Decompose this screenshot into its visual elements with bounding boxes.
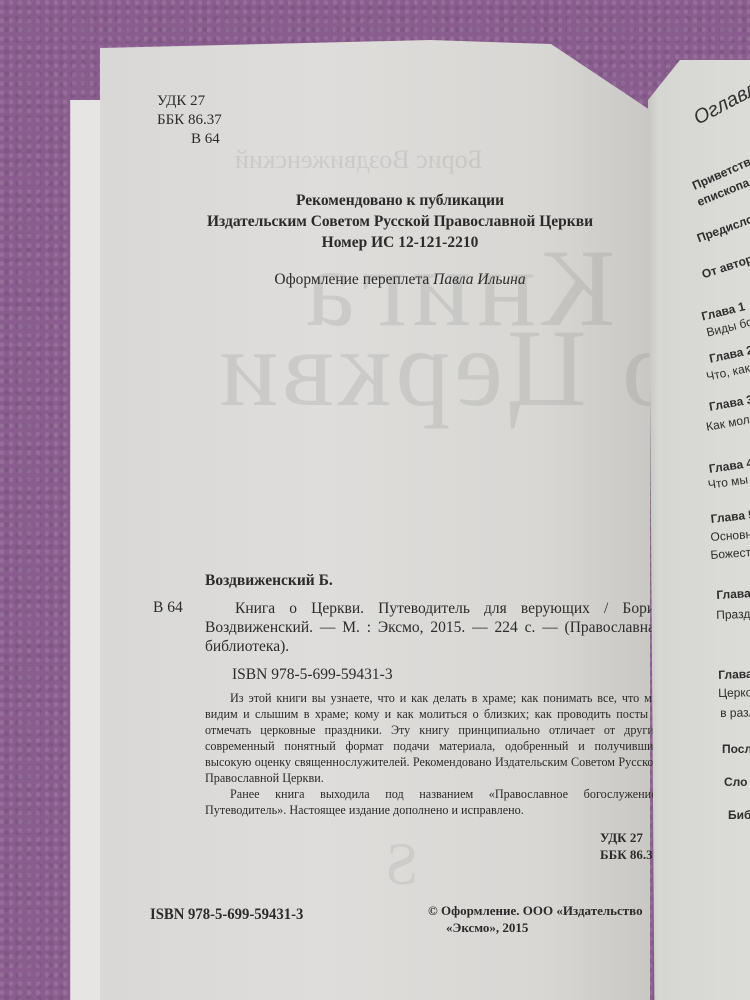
show-through-publisher-logo-icon: S bbox=[385, 830, 418, 899]
toc-item: Праздн bbox=[716, 607, 750, 622]
approval-line-3: Номер ИС 12-121-2210 bbox=[180, 232, 620, 253]
approval-block: Рекомендовано к публикации Издательским … bbox=[180, 190, 620, 253]
isbn-bottom: ISBN 978-5-699-59431-3 bbox=[150, 906, 303, 924]
toc-item: в разл bbox=[720, 705, 750, 720]
toc-item: Посл bbox=[722, 742, 750, 756]
copyright: © Оформление. ООО «Издательство «Эксмо»,… bbox=[428, 902, 643, 936]
design-credit-name: Павла Ильина bbox=[433, 271, 525, 288]
udk-code: УДК 27 bbox=[157, 92, 222, 111]
toc-item: Сло bbox=[724, 775, 747, 789]
left-page bbox=[100, 40, 650, 1000]
toc-item: Основны bbox=[710, 526, 750, 543]
toc-item: Церко bbox=[718, 685, 750, 700]
catalog-entry-code: В 64 bbox=[153, 599, 183, 617]
show-through-title-line2: о Церкви bbox=[215, 305, 677, 432]
copyright-line-2: «Эксмо», 2015 bbox=[428, 919, 643, 936]
toc-item: Глава bbox=[718, 667, 750, 682]
annotation-paragraph-2: Ранее книга выходила под названием «Прав… bbox=[205, 786, 660, 818]
approval-line-1: Рекомендовано к публикации bbox=[180, 190, 620, 211]
catalog-author: Воздвиженский Б. bbox=[205, 572, 333, 590]
catalog-code: В 64 bbox=[157, 130, 222, 149]
annotation: Из этой книги вы узнаете, что и как дела… bbox=[205, 690, 660, 818]
bbk-code: ББК 86.37 bbox=[157, 111, 222, 130]
bottom-codes: УДК 27 ББК 86.37 bbox=[600, 829, 659, 863]
toc-item: Биб bbox=[728, 808, 750, 822]
show-through-author: Борис Воздвиженский bbox=[235, 145, 483, 175]
bottom-udk: УДК 27 bbox=[600, 829, 659, 846]
approval-line-2: Издательским Советом Русской Православно… bbox=[180, 211, 620, 232]
design-credit: Оформление переплета Павла Ильина bbox=[180, 271, 620, 289]
annotation-paragraph-1: Из этой книги вы узнаете, что и как дела… bbox=[205, 690, 660, 786]
catalog-isbn: ISBN 978-5-699-59431-3 bbox=[232, 666, 393, 684]
copyright-line-1: © Оформление. ООО «Издательство bbox=[428, 902, 643, 919]
bottom-bbk: ББК 86.37 bbox=[600, 846, 659, 863]
catalog-description: Книга о Церкви. Путеводитель для верующи… bbox=[205, 599, 662, 656]
classification-codes: УДК 27 ББК 86.37 В 64 bbox=[157, 92, 222, 149]
design-credit-label: Оформление переплета bbox=[274, 271, 429, 288]
toc-item: Глава 6 bbox=[716, 586, 750, 602]
toc-item: Божеств bbox=[710, 545, 750, 562]
